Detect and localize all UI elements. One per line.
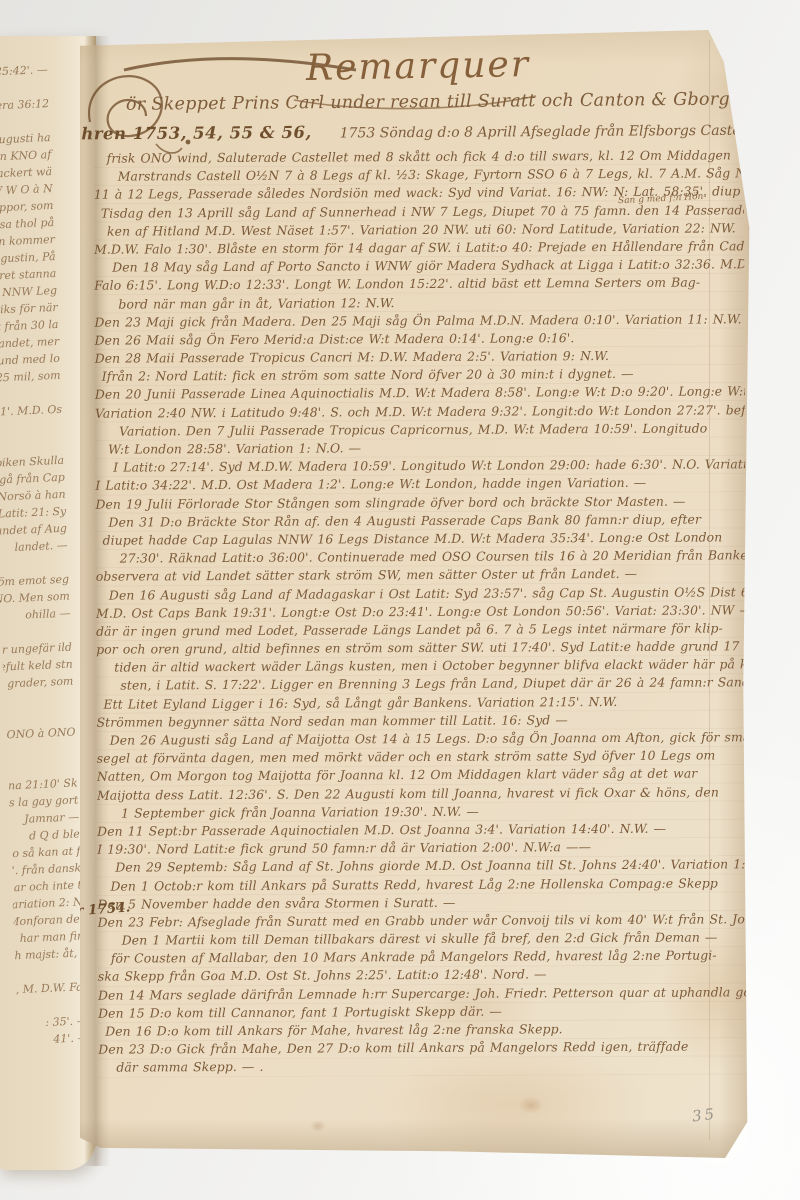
page-number: 35: [691, 1105, 718, 1126]
paper-stain: [518, 1096, 544, 1114]
manuscript-line: sten, i Latit. S. 17:22'. Ligger en Bren…: [96, 674, 746, 696]
first-entry-text: 1753 Söndag d:o 8 Aprill Afseglade från …: [340, 122, 785, 141]
manuscript-body: frisk ONO wind, Saluterade Castellet med…: [94, 146, 749, 1077]
manuscript-line: Falo 6:15'. Long W.D:o 12:33'. Longt W. …: [94, 274, 744, 296]
manuscript-line: Den 23 Maji gick från Madera. Den 25 Maj…: [94, 310, 744, 332]
manuscript-line: Variation. Den 7 Julii Passerade Tropicu…: [95, 419, 745, 441]
manuscript-line: Den 11 Sept:br Passerade Aquinoctialen M…: [97, 819, 747, 841]
manuscript-subtitle: ör Skeppet Prins Carl under resan till S…: [126, 89, 766, 115]
manuscript-line: Den 1 Octob:r kom till Ankars på Suratts…: [97, 874, 747, 896]
year-and-first-entry-row: Åhren 1753, 54, 55 & 56, 1753 Söndag d:o…: [68, 120, 768, 144]
manuscript-line: Den 14 Mars seglade därifrån Lemnade h:r…: [98, 983, 748, 1005]
manuscript-line: där samma Skepp. — .: [98, 1056, 748, 1078]
manuscript-line: 27:30'. Räknad Latit:o 36:00'. Continuer…: [96, 546, 746, 568]
years-label: Åhren 1753, 54, 55 & 56,: [68, 123, 312, 144]
page-title: Remarquer: [248, 43, 589, 90]
manuscript-line: Maijotta dess Latit. 12:36'. S. Den 22 A…: [97, 783, 747, 805]
manuscript-page: Remarquer ör Skeppet Prins Carl under re…: [80, 30, 752, 1158]
paper-stain: [310, 1120, 326, 1132]
photograph-of-manuscript: { "colors":{"ink":"#7b5a38","paper":"#ea…: [0, 0, 800, 1200]
